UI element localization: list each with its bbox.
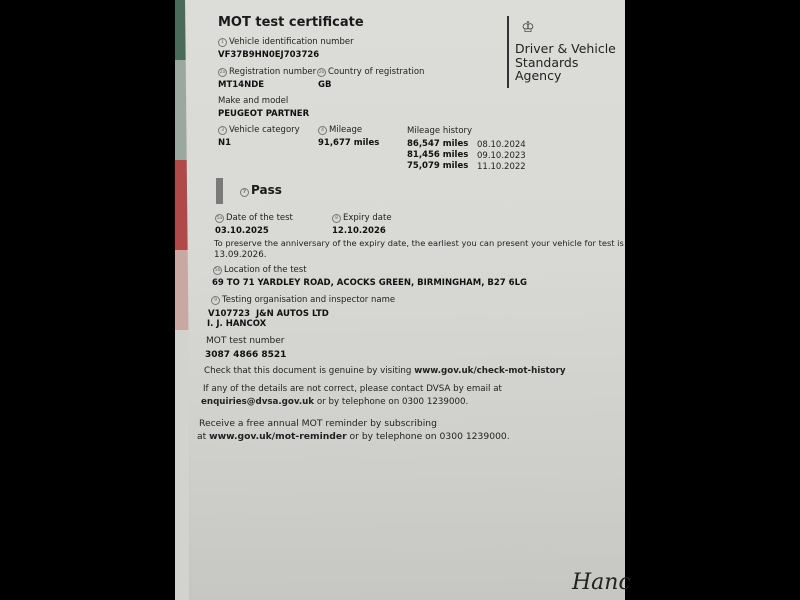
agency-line-3: Agency: [515, 69, 616, 83]
field-number-icon: 1: [218, 38, 227, 47]
mileage-history-date-2: 09.10.2023: [477, 151, 526, 161]
reminder-text: Receive a free annual MOT reminder by su…: [199, 418, 437, 429]
test-number-label: MOT test number: [206, 336, 284, 346]
agency-name: Driver & Vehicle Standards Agency: [515, 42, 616, 83]
expiry-date-value: 12.10.2026: [332, 226, 386, 236]
field-number-icon: 3: [218, 126, 227, 135]
mileage-history-date-1: 08.10.2024: [477, 140, 526, 150]
result-marker: [216, 178, 223, 204]
test-date-label: 5aDate of the test: [215, 213, 293, 223]
vin-value: VF37B9HN0EJ703726: [218, 50, 319, 60]
handwritten-signature: Hanc: [572, 570, 631, 595]
category-label: 3Vehicle category: [218, 125, 300, 135]
field-number-icon: 7: [240, 188, 249, 197]
field-number-icon: 5a: [215, 214, 224, 223]
certificate-title: MOT test certificate: [218, 15, 364, 30]
make-model-label: Make and model: [218, 96, 288, 106]
mileage-history-miles-1: 86,547 miles: [407, 139, 468, 149]
testing-org-name: J&N AUTOS LTD: [256, 309, 329, 319]
category-value: N1: [218, 138, 231, 148]
test-number-value: 3087 4866 8521: [205, 350, 286, 360]
test-date-value: 03.10.2025: [215, 226, 269, 236]
mileage-value: 91,677 miles: [318, 138, 379, 148]
field-number-icon: 9: [211, 296, 220, 305]
earliest-test-date: 13.09.2026.: [214, 250, 267, 260]
field-number-icon: 4: [318, 126, 327, 135]
inspector-name: I. J. HANCOX: [207, 319, 266, 329]
testing-org-label: 9Testing organisation and inspector name: [211, 295, 395, 305]
agency-line-1: Driver & Vehicle: [515, 42, 616, 56]
field-number-icon: 8: [332, 214, 341, 223]
result-pass: 7Pass: [240, 183, 282, 197]
contact-email-text: enquiries@dvsa.gov.uk or by telephone on…: [201, 397, 468, 407]
mileage-history-miles-2: 81,456 miles: [407, 150, 468, 160]
agency-line-2: Standards: [515, 56, 616, 70]
registration-value: MT14NDE: [218, 80, 264, 90]
field-number-icon: 5b: [213, 266, 222, 275]
reminder-link-text: at www.gov.uk/mot-reminder or by telepho…: [197, 431, 510, 442]
mot-reminder-link[interactable]: www.gov.uk/mot-reminder: [209, 431, 346, 442]
field-number-icon: 2a: [218, 68, 227, 77]
location-value: 69 TO 71 YARDLEY ROAD, ACOCKS GREEN, BIR…: [212, 278, 527, 288]
make-model-value: PEUGEOT PARTNER: [218, 109, 309, 119]
anniversary-note: To preserve the anniversary of the expir…: [214, 238, 624, 248]
country-value: GB: [318, 80, 331, 90]
vin-label: 1Vehicle identification number: [218, 37, 354, 47]
check-mot-history-link[interactable]: www.gov.uk/check-mot-history: [414, 366, 565, 376]
check-genuine-text: Check that this document is genuine by v…: [204, 366, 566, 376]
registration-label: 2aRegistration number: [218, 67, 316, 77]
mileage-label: 4Mileage: [318, 125, 362, 135]
location-label: 5bLocation of the test: [213, 265, 307, 275]
testing-org-id: V107723: [208, 309, 250, 319]
field-number-icon: 2b: [317, 68, 326, 77]
royal-crest-icon: ♔: [517, 16, 539, 38]
dvsa-email-link[interactable]: enquiries@dvsa.gov.uk: [201, 397, 314, 407]
mileage-history-miles-3: 75,079 miles: [407, 161, 468, 171]
contact-text: If any of the details are not correct, p…: [203, 384, 502, 394]
expiry-date-label: 8Expiry date: [332, 213, 392, 223]
mileage-history-label: Mileage history: [407, 126, 472, 136]
country-label: 2bCountry of registration: [317, 67, 424, 77]
logo-divider: [507, 16, 509, 88]
mileage-history-date-3: 11.10.2022: [477, 162, 526, 172]
